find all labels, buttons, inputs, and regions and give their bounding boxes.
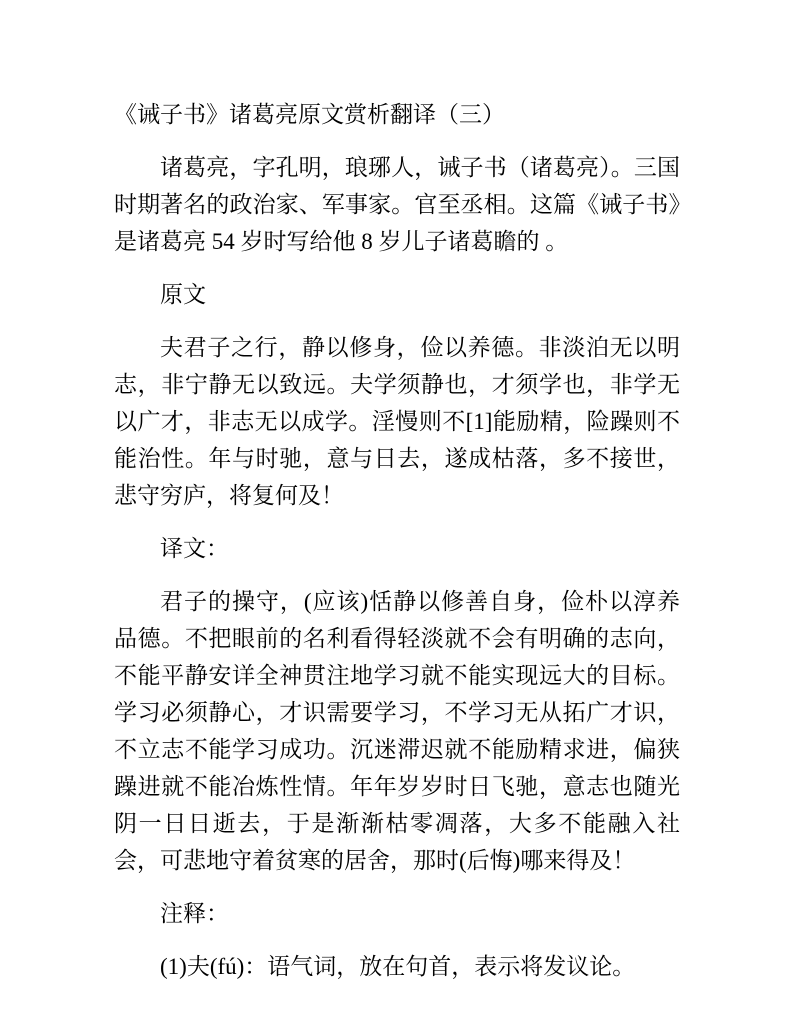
section-heading-translation: 译文： [114, 530, 680, 567]
note-1-paragraph: (1)夫(fú)：语气词，放在句首，表示将发议论。 [114, 948, 680, 985]
intro-paragraph: 诸葛亮，字孔明，琅琊人，诫子书（诸葛亮）。三国时期著名的政治家、军事家。官至丞相… [114, 149, 680, 260]
document-title: 《诫子书》诸葛亮原文赏析翻译（三） [114, 96, 680, 133]
section-heading-original: 原文 [114, 276, 680, 313]
section-heading-notes: 注释： [114, 895, 680, 932]
original-text-paragraph: 夫君子之行，静以修身，俭以养德。非淡泊无以明志，非宁静无以致远。夫学须静也，才须… [114, 329, 680, 514]
document-page: 《诫子书》诸葛亮原文赏析翻译（三） 诸葛亮，字孔明，琅琊人，诫子书（诸葛亮）。三… [0, 0, 792, 1025]
translation-paragraph: 君子的操守，(应该)恬静以修善自身，俭朴以淳养品德。不把眼前的名利看得轻淡就不会… [114, 583, 680, 879]
